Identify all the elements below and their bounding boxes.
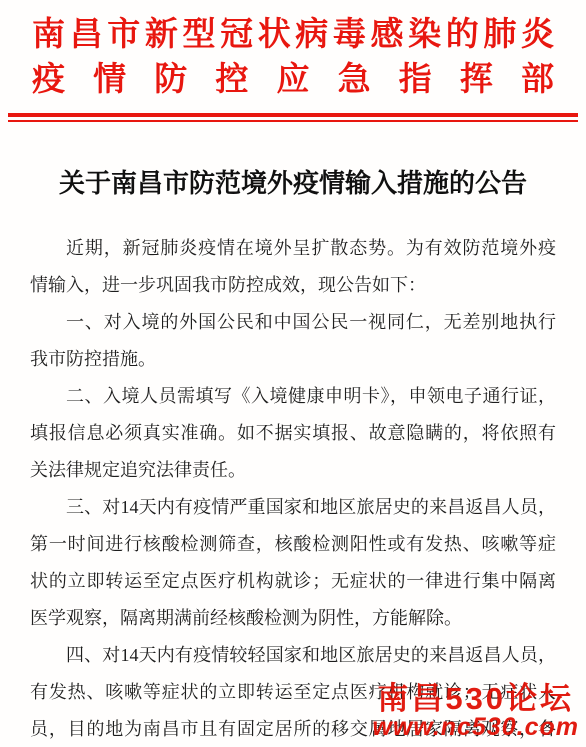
- letterhead-divider: [8, 113, 578, 122]
- body-line: 一、对入境的外国公民和中国公民一视同仁，无差别地执行: [30, 304, 556, 341]
- body-line: 医学观察，隔离期满前经核酸检测为阴性，方能解除。: [30, 600, 556, 637]
- issuer-name-line2: 疫情防控应急指挥部: [32, 58, 554, 103]
- watermark-site-url: www.nc530.com: [372, 714, 579, 741]
- body-line: 我市防控措施。: [30, 341, 556, 378]
- body-line: 四、对14天内有疫情较轻国家和地区旅居史的来昌返昌人员，: [30, 637, 556, 674]
- body-line: 关法律规定追究法律责任。: [30, 452, 556, 489]
- body-line: 状的立即转运至定点医疗机构就诊；无症状的一律进行集中隔离: [30, 563, 556, 600]
- body-line: 第一时间进行核酸检测筛查，核酸检测阳性或有发热、咳嗽等症: [30, 526, 556, 563]
- watermark-site-name: 南昌530论坛: [372, 683, 579, 714]
- body-line: 近期，新冠肺炎疫情在境外呈扩散态势。为有效防范境外疫: [30, 230, 556, 267]
- body-line: 三、对14天内有疫情严重国家和地区旅居史的来昌返昌人员，: [30, 489, 556, 526]
- issuer-name-line1: 南昌市新型冠状病毒感染的肺炎: [32, 13, 554, 58]
- document-page: 南昌市新型冠状病毒感染的肺炎 疫情防控应急指挥部 关于南昌市防范境外疫情输入措施…: [0, 0, 586, 747]
- body-line: 二、入境人员需填写《入境健康申明卡》，申领电子通行证，: [30, 378, 556, 415]
- document-title: 关于南昌市防范境外疫情输入措施的公告: [30, 168, 556, 200]
- document-body: 近期，新冠肺炎疫情在境外呈扩散态势。为有效防范境外疫 情输入，进一步巩固我市防控…: [30, 230, 556, 747]
- body-line: 情输入，进一步巩固我市防控成效，现公告如下：: [30, 267, 556, 304]
- watermark: 南昌530论坛 www.nc530.com: [372, 683, 579, 741]
- letterhead: 南昌市新型冠状病毒感染的肺炎 疫情防控应急指挥部: [32, 13, 554, 103]
- body-line: 填报信息必须真实准确。如不据实填报、故意隐瞒的，将依照有: [30, 415, 556, 452]
